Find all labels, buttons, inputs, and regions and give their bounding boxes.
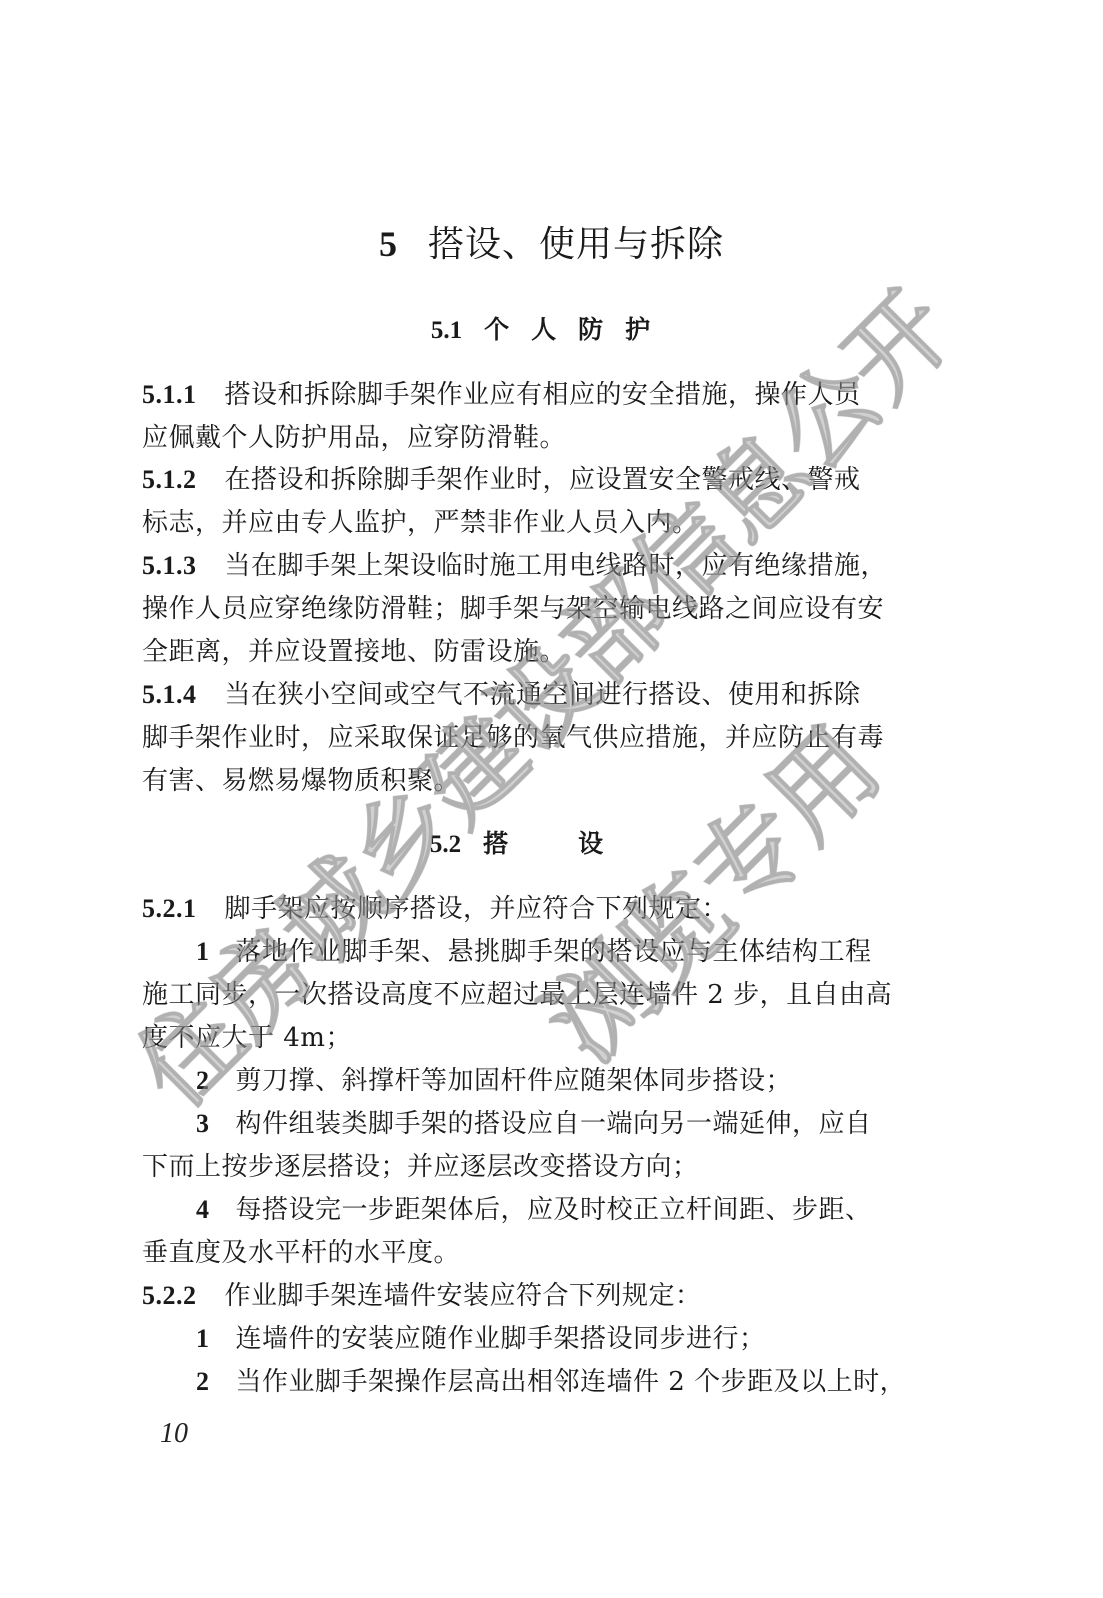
section-number: 5.2 (430, 831, 461, 858)
clause-5-1-4-cont: 有害、易燃易爆物质积聚。 (142, 764, 942, 798)
clause-5-2-2: 5.2.2作业脚手架连墙件安装应符合下列规定： (142, 1279, 942, 1313)
clause-text: 标志，并应由专人监护，严禁非作业人员入内。 (142, 508, 699, 538)
clause-text: 在搭设和拆除脚手架作业时，应设置安全警戒线、警戒 (225, 465, 861, 495)
list-item-3: 3构件组装类脚手架的搭设应自一端向另一端延伸，应自 (196, 1107, 996, 1141)
item-number: 1 (196, 1324, 210, 1353)
list-item-4: 4每搭设完一步距架体后，应及时校正立杆间距、步距、 (196, 1193, 996, 1227)
section-number: 5.1 (431, 317, 462, 344)
section-name: 搭设 (483, 829, 673, 858)
clause-text: 应佩戴个人防护用品，应穿防滑鞋。 (142, 423, 566, 453)
list-item-4-cont: 垂直度及水平杆的水平度。 (142, 1236, 942, 1270)
item-text: 垂直度及水平杆的水平度。 (142, 1238, 460, 1268)
clause-text: 操作人员应穿绝缘防滑鞋；脚手架与架空输电线路之间应设有安 (142, 594, 884, 624)
list-item-3-cont: 下而上按步逐层搭设；并应逐层改变搭设方向； (142, 1150, 942, 1184)
item-text: 连墙件的安装应随作业脚手架搭设同步进行； (236, 1324, 766, 1354)
clause-number: 5.1.2 (142, 465, 197, 494)
section-heading-5-2: 5.2搭设 (0, 828, 1103, 861)
clause-5-1-3: 5.1.3当在脚手架上架设临时施工用电线路时，应有绝缘措施， (142, 549, 942, 583)
item-number: 4 (196, 1195, 210, 1224)
clause-text: 脚手架作业时，应采取保证足够的氧气供应措施，并应防止有毒 (142, 723, 884, 753)
document-page: 5搭设、使用与拆除 5.1个人防护 5.1.1搭设和拆除脚手架作业应有相应的安全… (0, 0, 1103, 1598)
clause-number: 5.2.2 (142, 1281, 197, 1310)
item-text: 构件组装类脚手架的搭设应自一端向另一端延伸，应自 (236, 1109, 872, 1139)
item-number: 2 (196, 1367, 210, 1396)
item-text: 剪刀撑、斜撑杆等加固杆件应随架体同步搭设； (236, 1066, 793, 1096)
item-text: 每搭设完一步距架体后，应及时校正立杆间距、步距、 (236, 1195, 872, 1225)
list-item-1: 1落地作业脚手架、悬挑脚手架的搭设应与主体结构工程 (196, 935, 996, 969)
clause-number: 5.2.1 (142, 894, 197, 923)
clause-text: 脚手架应按顺序搭设，并应符合下列规定： (225, 894, 729, 924)
chapter-title: 5搭设、使用与拆除 (0, 222, 1103, 267)
item-text: 落地作业脚手架、悬挑脚手架的搭设应与主体结构工程 (236, 937, 872, 967)
clause-5-1-3-cont: 操作人员应穿绝缘防滑鞋；脚手架与架空输电线路之间应设有安 (142, 592, 942, 626)
clause-number: 5.1.1 (142, 380, 197, 409)
clause-text: 全距离，并应设置接地、防雷设施。 (142, 637, 566, 667)
item-number: 2 (196, 1066, 210, 1095)
clause-text: 作业脚手架连墙件安装应符合下列规定： (225, 1281, 702, 1311)
clause-5-1-3-cont: 全距离，并应设置接地、防雷设施。 (142, 635, 942, 669)
section-heading-5-1: 5.1个人防护 (0, 314, 1103, 347)
clause-text: 当在狭小空间或空气不流通空间进行搭设、使用和拆除 (225, 680, 861, 710)
clause-5-1-2: 5.1.2在搭设和拆除脚手架作业时，应设置安全警戒线、警戒 (142, 463, 942, 497)
clause-5-1-2-cont: 标志，并应由专人监护，严禁非作业人员入内。 (142, 506, 942, 540)
list-item-2: 2剪刀撑、斜撑杆等加固杆件应随架体同步搭设； (196, 1064, 996, 1098)
item-text: 施工同步，一次搭设高度不应超过最上层连墙件 2 步，且自由高 (142, 980, 892, 1010)
section-name: 个人防护 (484, 315, 672, 344)
clause-5-1-4-cont: 脚手架作业时，应采取保证足够的氧气供应措施，并应防止有毒 (142, 721, 942, 755)
item-text: 当作业脚手架操作层高出相邻连墙件 2 个步距及以上时， (236, 1367, 907, 1397)
list-item-2: 2当作业脚手架操作层高出相邻连墙件 2 个步距及以上时， (196, 1365, 996, 1399)
clause-text: 有害、易燃易爆物质积聚。 (142, 766, 460, 796)
clause-5-2-1: 5.2.1脚手架应按顺序搭设，并应符合下列规定： (142, 892, 942, 926)
list-item-1-cont: 施工同步，一次搭设高度不应超过最上层连墙件 2 步，且自由高 (142, 978, 942, 1012)
chapter-number: 5 (379, 224, 398, 264)
clause-5-1-1-cont: 应佩戴个人防护用品，应穿防滑鞋。 (142, 421, 942, 455)
item-text: 度不应大于 4m； (142, 1023, 352, 1053)
clause-text: 搭设和拆除脚手架作业应有相应的安全措施，操作人员 (225, 380, 861, 410)
clause-text: 当在脚手架上架设临时施工用电线路时，应有绝缘措施， (225, 551, 888, 581)
list-item-1: 1连墙件的安装应随作业脚手架搭设同步进行； (196, 1322, 996, 1356)
item-number: 3 (196, 1109, 210, 1138)
item-text: 下而上按步逐层搭设；并应逐层改变搭设方向； (142, 1152, 699, 1182)
clause-number: 5.1.3 (142, 551, 197, 580)
item-number: 1 (196, 937, 210, 966)
list-item-1-cont: 度不应大于 4m； (142, 1021, 942, 1055)
page-number: 10 (160, 1418, 188, 1450)
clause-number: 5.1.4 (142, 680, 197, 709)
chapter-name: 搭设、使用与拆除 (428, 224, 724, 265)
clause-5-1-4: 5.1.4当在狭小空间或空气不流通空间进行搭设、使用和拆除 (142, 678, 942, 712)
clause-5-1-1: 5.1.1搭设和拆除脚手架作业应有相应的安全措施，操作人员 (142, 378, 942, 412)
